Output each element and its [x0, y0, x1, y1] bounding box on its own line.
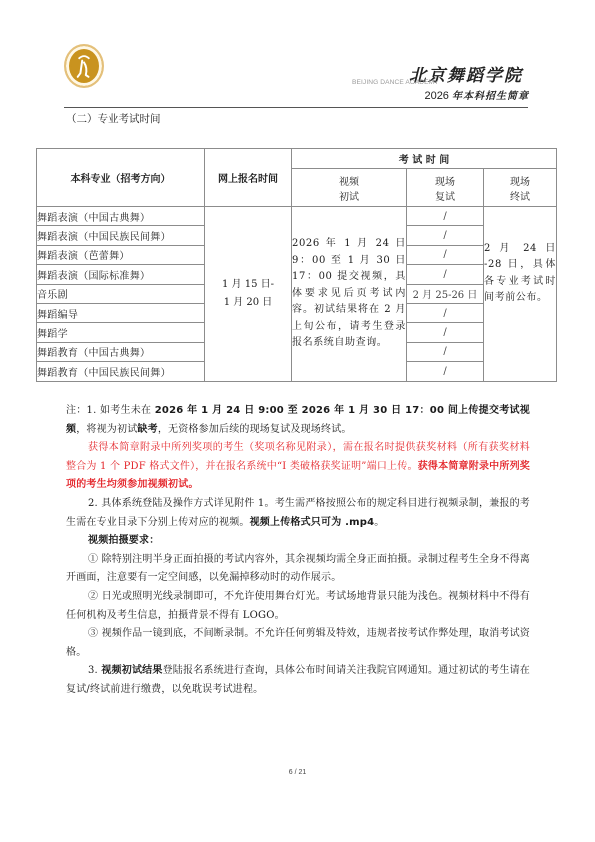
note-emphasis: 视频初试结果	[101, 665, 162, 676]
note-text: 3.	[88, 665, 101, 676]
academy-logo-icon	[64, 44, 104, 88]
registration-start: 1 月 15 日-	[205, 276, 291, 294]
header-line: 终试	[484, 188, 556, 203]
major-cell: 舞蹈表演（中国古典舞）	[37, 207, 205, 226]
note-text: 。	[374, 517, 384, 528]
column-header-onsite-retest: 现场 复试	[407, 169, 484, 207]
table-row: 舞蹈表演（中国古典舞） 1 月 15 日- 1 月 20 日 2026 年 1 …	[37, 207, 557, 226]
note-emphasis: 缺考	[137, 424, 157, 435]
header-line: 现场	[407, 173, 483, 188]
final-exam-cell: 2 月 24 日 -28 日，具体各专业考试时间考前公布。	[484, 207, 557, 382]
document-page: 北京舞蹈学院 BEIJING DANCE ACADEMY 2026 年本科招生简…	[0, 0, 595, 842]
major-cell: 舞蹈编导	[37, 303, 205, 322]
column-header-major: 本科专业（招考方向）	[37, 149, 205, 207]
header-line: 视频	[292, 173, 406, 188]
retest-cell: /	[407, 207, 484, 226]
exam-schedule-table: 本科专业（招考方向） 网上报名时间 考 试 时 间 视频 初试 现场 复试 现场…	[36, 148, 557, 382]
award-note: 获得本简章附录中所列奖项的考生（奖项名称见附录），需在报名时提供获奖材料（所有获…	[66, 439, 530, 495]
column-header-exam-time: 考 试 时 间	[292, 149, 557, 169]
header-line: 初试	[292, 188, 406, 203]
notes-section: 注：1. 如考生未在 2026 年 1 月 24 日 9:00 至 2026 年…	[66, 402, 530, 700]
document-title: 2026 年本科招生简章	[424, 87, 529, 102]
note-emphasis: 视频上传格式只可为 .mp4	[250, 517, 375, 528]
dancer-figure-icon	[66, 46, 102, 86]
video-requirement-3: ③ 视频作品一镜到底，不间断录制。不允许任何剪辑及特效，违规者按考试作弊处理，取…	[66, 625, 530, 662]
table-header-row: 本科专业（招考方向） 网上报名时间 考 试 时 间	[37, 149, 557, 169]
header-divider	[64, 107, 528, 108]
note-text: ，将视为初试	[76, 424, 137, 435]
video-prelim-cell: 2026 年 1 月 24 日 9：00 至 1 月 30 日 17：00 提交…	[292, 207, 407, 382]
retest-cell: /	[407, 303, 484, 322]
video-requirements-title: 视频拍摄要求：	[66, 532, 530, 551]
retest-cell: /	[407, 323, 484, 342]
major-cell: 舞蹈表演（芭蕾舞）	[37, 245, 205, 264]
note-1: 注：1. 如考生未在 2026 年 1 月 24 日 9:00 至 2026 年…	[66, 402, 530, 439]
retest-cell: /	[407, 265, 484, 284]
retest-cell: /	[407, 362, 484, 381]
column-header-video-prelim: 视频 初试	[292, 169, 407, 207]
video-requirement-1: ① 除特别注明半身正面拍摄的考试内容外，其余视频均需全身正面拍摄。录制过程考生全…	[66, 551, 530, 588]
note-2: 2. 具体系统登陆及操作方式详见附件 1。考生需严格按照公布的规定科目进行视频录…	[66, 495, 530, 532]
column-header-registration: 网上报名时间	[205, 149, 292, 207]
section-title: （二）专业考试时间	[66, 111, 161, 126]
major-cell: 舞蹈教育（中国古典舞）	[37, 342, 205, 361]
page-number: 6 / 21	[0, 769, 595, 776]
major-cell: 舞蹈教育（中国民族民间舞）	[37, 362, 205, 381]
brand-english-name: BEIJING DANCE ACADEMY	[352, 79, 439, 86]
retest-cell: 2 月 25-26 日	[407, 284, 484, 303]
retest-cell: /	[407, 342, 484, 361]
document-year: 2026	[424, 90, 448, 102]
header-line: 现场	[484, 173, 556, 188]
major-cell: 舞蹈学	[37, 323, 205, 342]
retest-cell: /	[407, 226, 484, 245]
header-line: 复试	[407, 188, 483, 203]
major-cell: 音乐剧	[37, 284, 205, 303]
major-cell: 舞蹈表演（国际标准舞）	[37, 265, 205, 284]
video-requirement-2: ② 日光或照明光线录制即可，不允许使用舞台灯光。考试场地背景只能为浅色。视频材料…	[66, 588, 530, 625]
registration-end: 1 月 20 日	[205, 294, 291, 312]
major-cell: 舞蹈表演（中国民族民间舞）	[37, 226, 205, 245]
document-subtitle: 年本科招生简章	[452, 91, 529, 102]
retest-cell: /	[407, 245, 484, 264]
registration-period-cell: 1 月 15 日- 1 月 20 日	[205, 207, 292, 382]
column-header-onsite-final: 现场 终试	[484, 169, 557, 207]
note-text: ，无资格参加后续的现场复试及现场终试。	[158, 424, 352, 435]
note-3: 3. 视频初试结果登陆报名系统进行查询，具体公布时间请关注我院官网通知。通过初试…	[66, 662, 530, 699]
note-text: 注：1. 如考生未在	[66, 405, 155, 416]
